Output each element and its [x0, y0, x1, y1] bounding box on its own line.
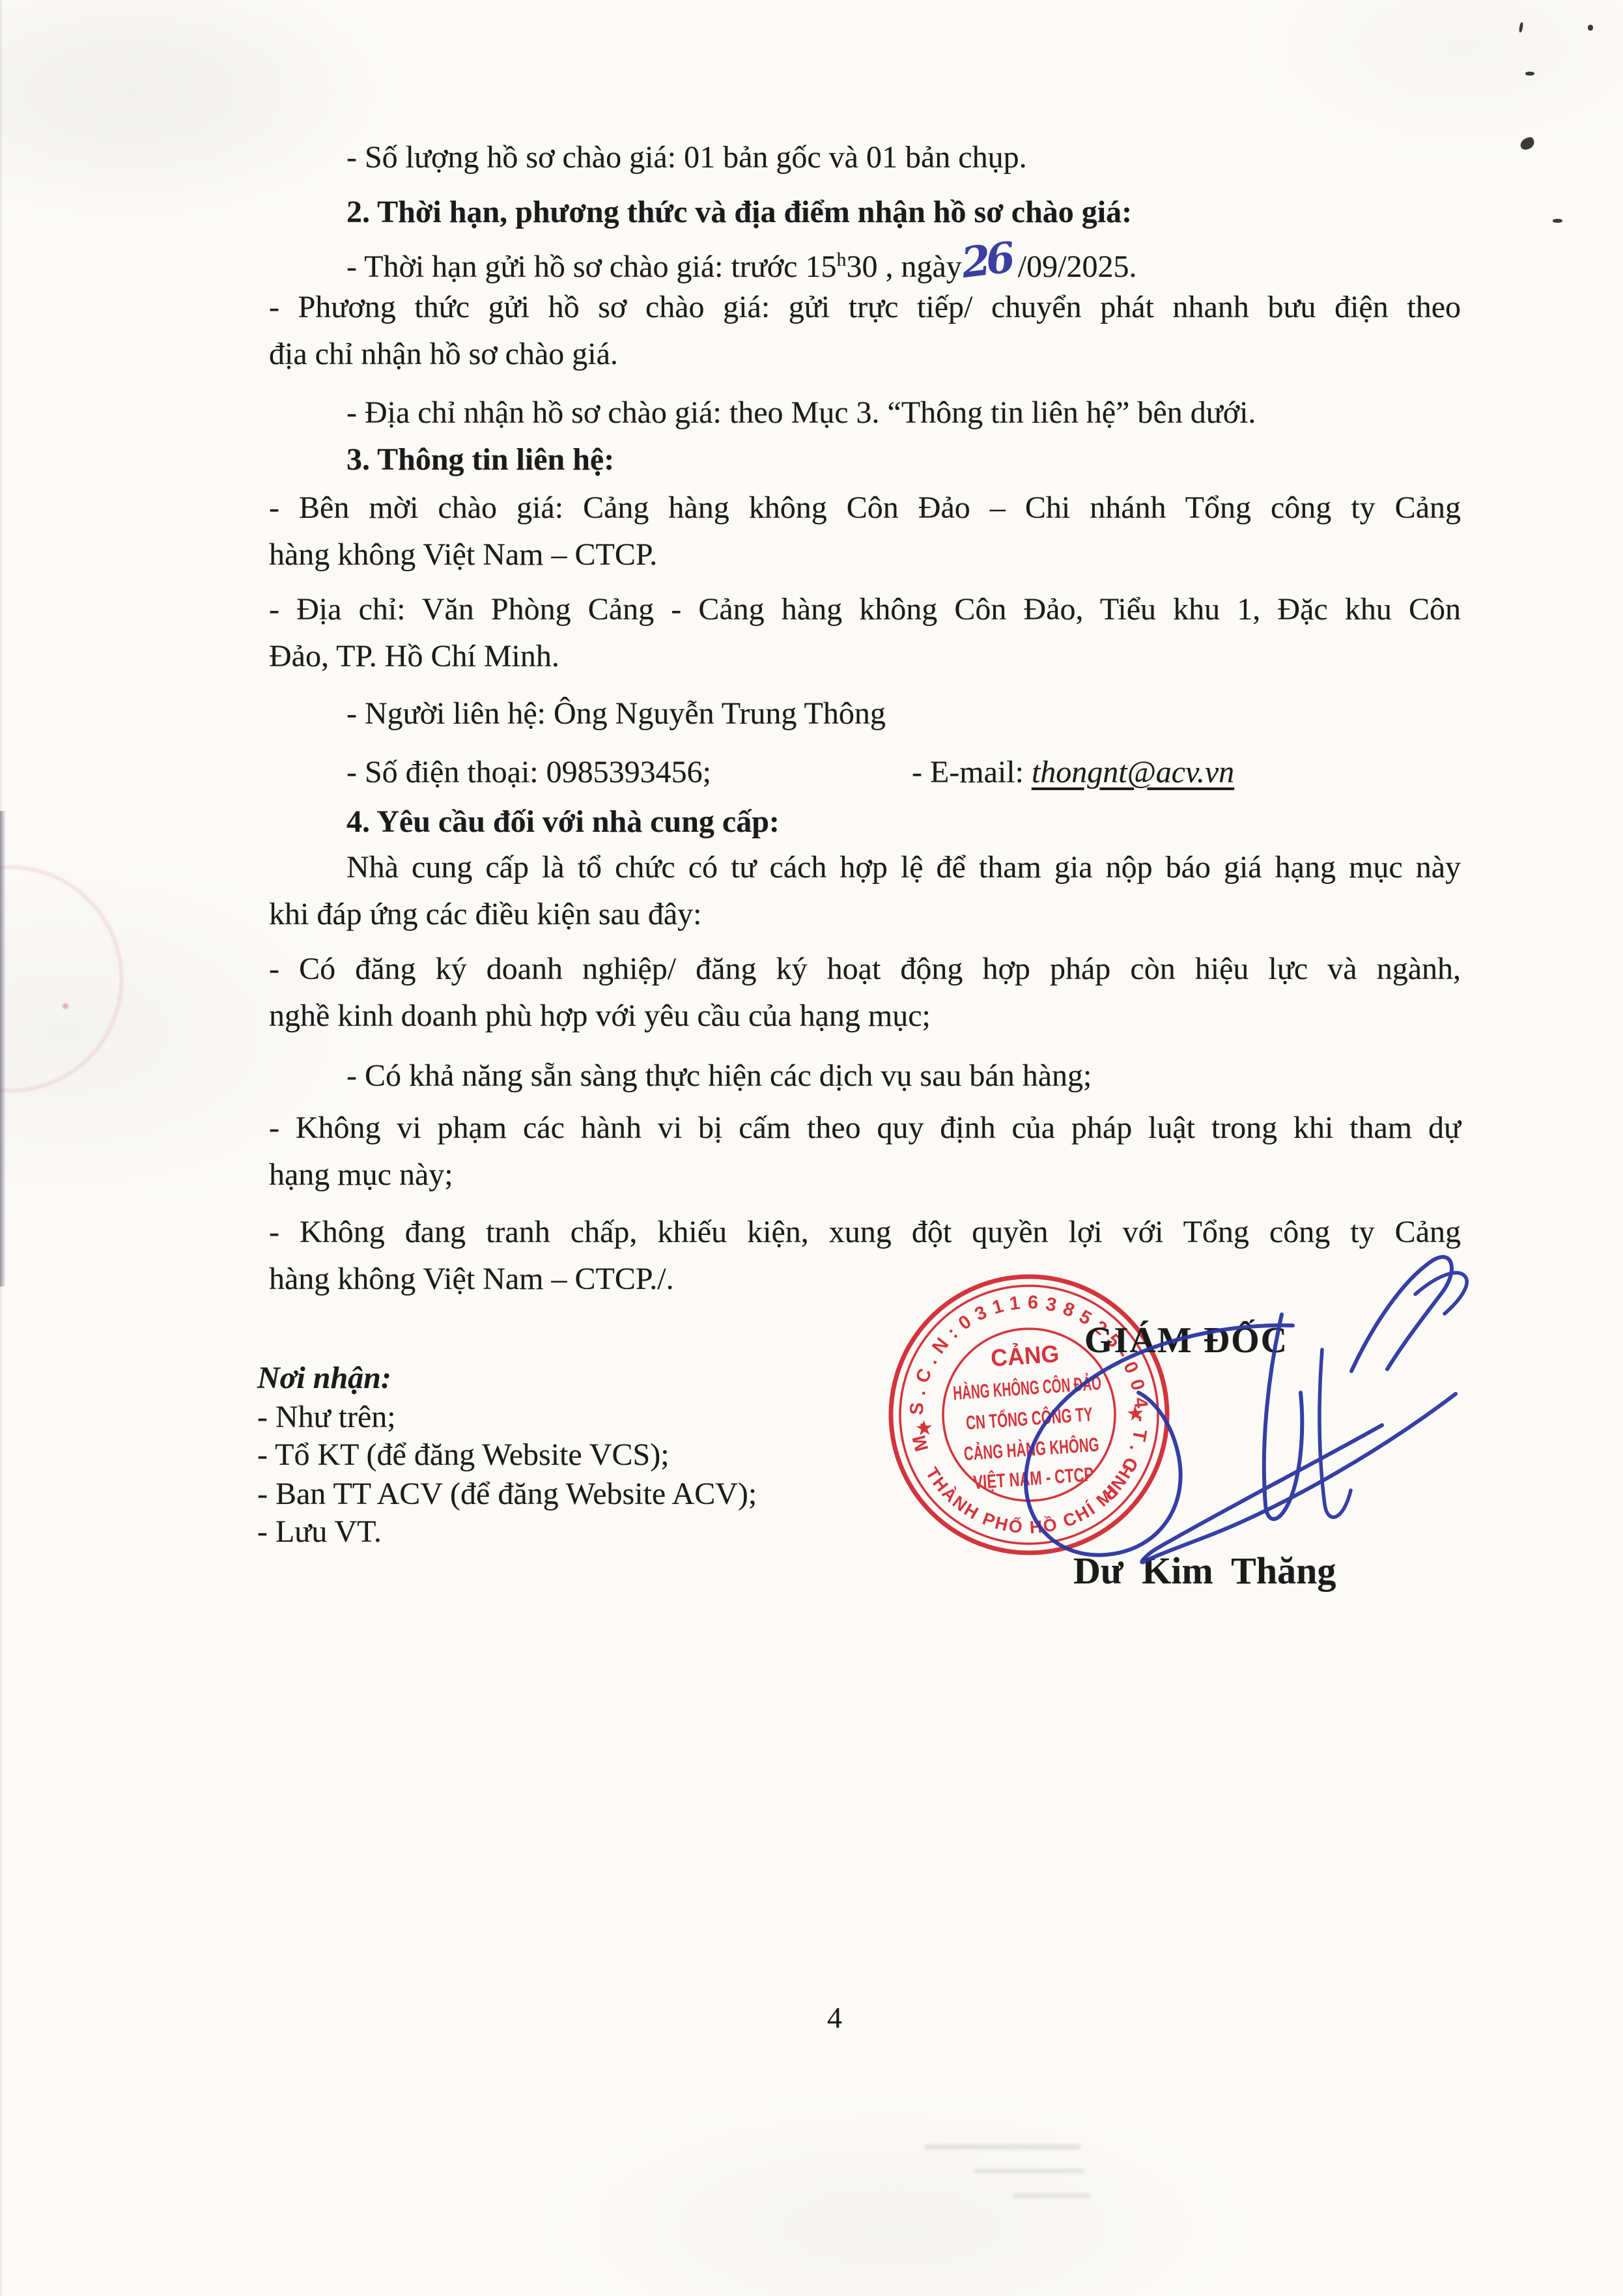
scan-smudge: [1013, 2194, 1091, 2198]
body-line-noviolation-1: - Không vi phạm các hành vi bị cấm theo …: [269, 1111, 1461, 1145]
section-3-heading: 3. Thông tin liên hệ:: [346, 443, 614, 477]
recipient-item: - Lưu VT.: [257, 1515, 382, 1549]
body-line-contact-person: - Người liên hệ: Ông Nguyễn Trung Thông: [346, 697, 886, 731]
body-line-method-2: địa chỉ nhận hồ sơ chào giá.: [269, 337, 618, 371]
handwritten-day: 26: [959, 240, 1019, 281]
page-number: 4: [827, 2001, 842, 2035]
recipient-item: - Như trên;: [257, 1400, 396, 1434]
director-signature-ink: [866, 1231, 1517, 1609]
body-line-aftersales: - Có khả năng sẵn sàng thực hiện các dịc…: [346, 1059, 1092, 1093]
ink-speck: [1525, 72, 1534, 76]
scanned-document-page: - Số lượng hồ sơ chào giá: 01 bản gốc và…: [0, 0, 1623, 2296]
ink-speck: [1553, 219, 1562, 223]
ink-speck: [1519, 136, 1536, 151]
email-label: - E-mail:: [912, 755, 1032, 789]
bleedthrough-dot: [63, 1003, 68, 1009]
ink-speck: [1588, 25, 1593, 31]
scan-smudge: [974, 2169, 1084, 2173]
deadline-text-post: /09/2025.: [1018, 249, 1137, 284]
body-line-phone: - Số điện thoại: 0985393456;: [346, 756, 711, 789]
body-line-registration-2: nghề kinh doanh phù hợp với yêu cầu của …: [269, 999, 931, 1033]
body-line-supplier-2: khi đáp ứng các điều kiện sau đây:: [269, 898, 701, 931]
ink-speck: [1519, 22, 1524, 33]
body-line-email: - E-mail: thongnt@acv.vn: [912, 756, 1234, 789]
body-line-supplier-1: Nhà cung cấp là tổ chức có tư cách hợp l…: [269, 851, 1461, 885]
body-line-registration-1: - Có đăng ký doanh nghiệp/ đăng ký hoạt …: [269, 952, 1461, 986]
body-line-method-1: - Phương thức gửi hồ sơ chào giá: gửi tr…: [269, 291, 1461, 324]
scan-smudge: [925, 2144, 1081, 2149]
body-line-office-address-2: Đảo, TP. Hồ Chí Minh.: [269, 640, 559, 673]
body-line-address-receive: - Địa chỉ nhận hồ sơ chào giá: theo Mục …: [346, 396, 1256, 430]
recipients-title: Nơi nhận:: [257, 1361, 391, 1395]
bleedthrough-stamp-arc: [0, 866, 122, 1092]
body-line-office-address-1: - Địa chỉ: Văn Phòng Cảng - Cảng hàng kh…: [269, 593, 1461, 627]
section-4-heading: 4. Yêu cầu đối với nhà cung cấp:: [346, 805, 780, 839]
deadline-hour-sup: h: [836, 249, 846, 270]
body-line-quantity: - Số lượng hồ sơ chào giá: 01 bản gốc và…: [346, 141, 1027, 175]
body-line-inviter-2: hàng không Việt Nam – CTCP.: [269, 538, 657, 572]
email-address: thongnt@acv.vn: [1032, 755, 1234, 789]
body-line-noviolation-2: hạng mục này;: [269, 1158, 453, 1192]
deadline-text-pre: - Thời hạn gửi hồ sơ chào giá: trước 15: [346, 249, 836, 284]
recipient-item: - Ban TT ACV (để đăng Website ACV);: [257, 1477, 757, 1511]
scan-edge-shadow-faint: [0, 0, 3, 2296]
body-line-nodispute-2: hàng không Việt Nam – CTCP./.: [269, 1262, 674, 1296]
section-2-heading: 2. Thời hạn, phương thức và địa điểm nhậ…: [346, 195, 1132, 229]
body-line-inviter-1: - Bên mời chào giá: Cảng hàng không Côn …: [269, 491, 1461, 525]
body-line-deadline: - Thời hạn gửi hồ sơ chào giá: trước 15h…: [346, 246, 1136, 284]
recipient-item: - Tổ KT (để đăng Website VCS);: [257, 1438, 670, 1472]
deadline-text-mid: 30 , ngày: [846, 249, 961, 284]
